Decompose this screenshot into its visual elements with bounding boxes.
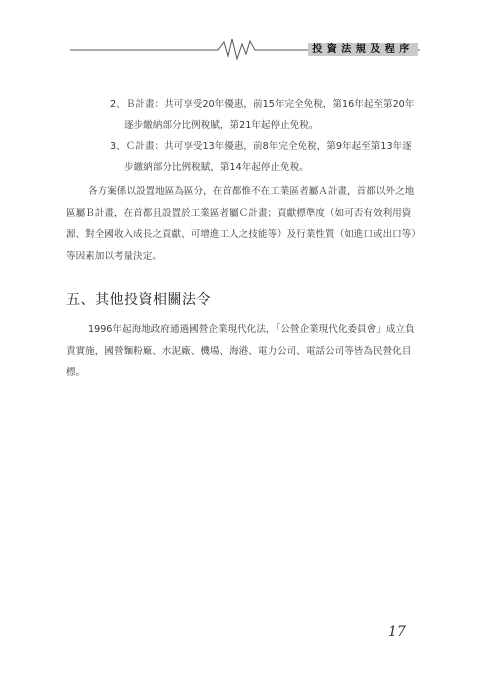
page-number: 17: [388, 624, 406, 640]
section-paragraph: 1996年起海地政府通過國營企業現代化法，「公營企業現代化委員會」成立負責實施，…: [66, 319, 422, 384]
list-item-line: 2、Ｂ計畫：共可享受20年優惠，前15年完全免稅，第16年起至第20年: [66, 94, 422, 115]
page-content: 2、Ｂ計畫：共可享受20年優惠，前15年完全免稅，第16年起至第20年 逐步繳納…: [66, 94, 422, 384]
list-item: 2、Ｂ計畫：共可享受20年優惠，前15年完全免稅，第16年起至第20年 逐步繳納…: [66, 94, 422, 136]
body-paragraph: 各方案係以設置地區為區分，在首都惟不在工業區者屬Ａ計畫，首都以外之地區屬Ｂ計畫，…: [66, 181, 422, 267]
list-item: 3、Ｃ計畫：共可享受13年優惠，前8年完全免稅，第9年起至第13年逐 步繳納部分…: [66, 136, 422, 178]
list-item-line: 逐步繳納部分比例稅賦，第21年起停止免稅。: [66, 115, 422, 136]
chapter-header-label: 投資法規及程序: [308, 43, 418, 56]
section-heading: 五、其他投資相關法令: [66, 289, 422, 309]
list-item-line: 3、Ｃ計畫：共可享受13年優惠，前8年完全免稅，第9年起至第13年逐: [66, 136, 422, 157]
list-item-line: 步繳納部分比例稅賦，第14年起停止免稅。: [66, 157, 422, 178]
